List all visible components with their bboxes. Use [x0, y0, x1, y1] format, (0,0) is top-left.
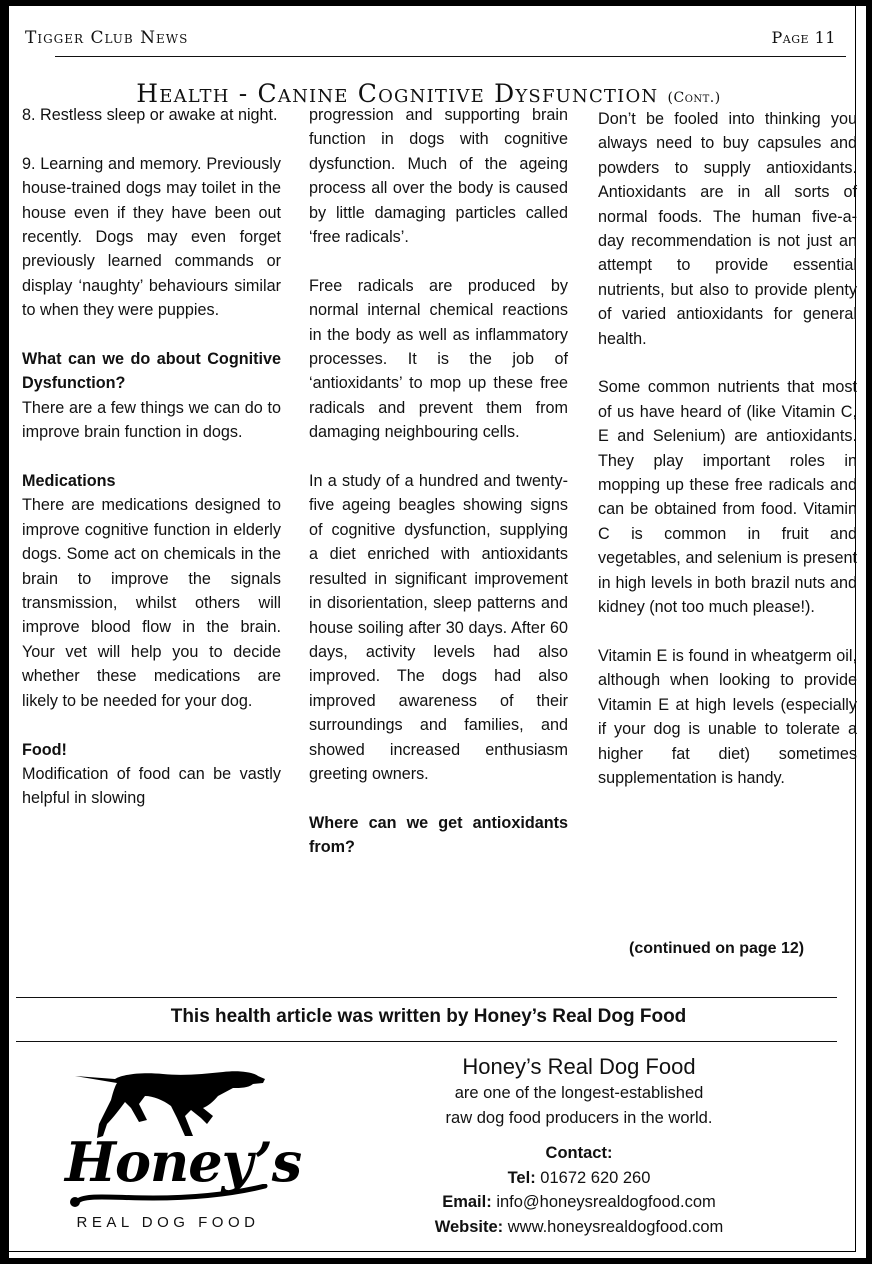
header-divider [55, 56, 846, 57]
page-number: Page 11 [772, 28, 836, 47]
article-column-2: progression and supporting brain functio… [309, 103, 568, 860]
publication-name: Tigger Club News [25, 28, 188, 48]
newsletter-page: Tigger Club News Page 11 Health - Canine… [9, 6, 866, 1258]
logo-tagline: REAL DOG FOOD [53, 1214, 283, 1231]
paragraph: progression and supporting brain functio… [309, 103, 568, 249]
paragraph: 9. Learning and memory. Previously house… [22, 152, 281, 323]
section-heading: Food! [22, 738, 281, 762]
paragraph: There are medications designed to improv… [22, 493, 281, 713]
sponsor-description-line-1: are one of the longest-established [389, 1081, 769, 1106]
paragraph: Modification of food can be vastly helpf… [22, 762, 281, 811]
paragraph: In a study of a hundred and twenty-five … [309, 469, 568, 786]
section-heading: Where can we get antioxidants from? [309, 811, 568, 860]
credit-rule-top [16, 997, 837, 998]
contact-website: Website: www.honeysrealdogfood.com [389, 1215, 769, 1240]
contact-tel: Tel: 01672 620 260 [389, 1166, 769, 1191]
article-title-suffix: (Cont.) [668, 90, 721, 106]
contact-email: Email: info@honeysrealdogfood.com [389, 1190, 769, 1215]
continued-note: (continued on page 12) [629, 940, 804, 958]
article-column-1: 8. Restless sleep or awake at night. 9. … [22, 103, 281, 811]
contact-block: Contact: Tel: 01672 620 260 Email: info@… [389, 1141, 769, 1239]
article-credit: This health article was written by Honey… [9, 1006, 848, 1028]
section-heading: What can we do about Cognitive Dysfuncti… [22, 347, 281, 396]
section-heading: Medications [22, 469, 281, 493]
tel-value: 01672 620 260 [540, 1169, 650, 1187]
paragraph: Some common nutrients that most of us ha… [598, 375, 857, 619]
tel-label: Tel: [508, 1169, 536, 1187]
sponsor-info: Honey’s Real Dog Food are one of the lon… [389, 1053, 769, 1239]
article-column-3: Don’t be fooled into thinking you always… [598, 107, 857, 815]
honeys-logo: Honey’s REAL DOG FOOD [53, 1066, 283, 1236]
paragraph: Don’t be fooled into thinking you always… [598, 107, 857, 351]
email-label: Email: [442, 1193, 492, 1211]
paragraph: Vitamin E is found in wheatgerm oil, alt… [598, 644, 857, 790]
paragraph: 8. Restless sleep or awake at night. [22, 103, 281, 127]
paragraph: Free radicals are produced by normal int… [309, 274, 568, 445]
sponsor-brand: Honey’s Real Dog Food [389, 1053, 769, 1081]
contact-label: Contact: [546, 1144, 613, 1162]
email-link[interactable]: info@honeysrealdogfood.com [496, 1193, 715, 1211]
sponsor-description-line-2: raw dog food producers in the world. [389, 1106, 769, 1131]
logo-swash [53, 1184, 283, 1214]
website-label: Website: [435, 1218, 503, 1236]
website-link[interactable]: www.honeysrealdogfood.com [508, 1218, 724, 1236]
credit-rule-bottom [16, 1041, 837, 1042]
paragraph: There are a few things we can do to impr… [22, 396, 281, 445]
